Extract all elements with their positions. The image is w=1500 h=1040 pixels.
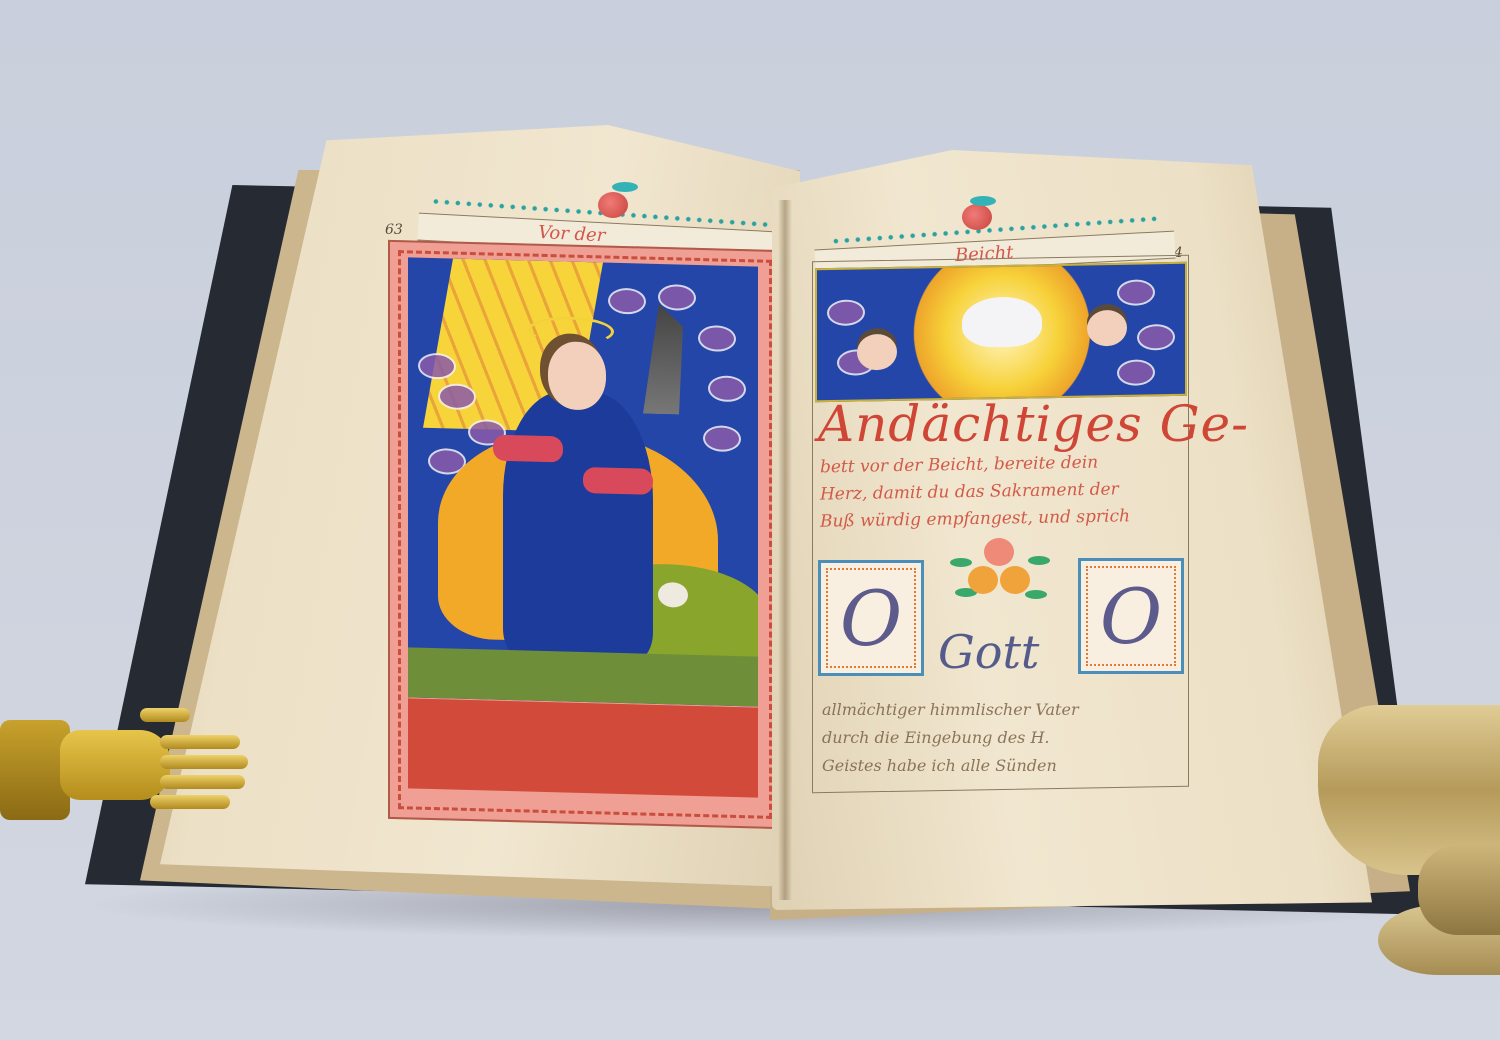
initial-box-right: O	[1078, 558, 1184, 674]
left-rose-leaf	[612, 182, 638, 192]
clamp-finger	[150, 795, 230, 809]
brass-ribbed-clamp	[1318, 705, 1500, 995]
leaf	[1028, 556, 1050, 565]
leaf	[1025, 590, 1047, 599]
holy-spirit-miniature	[815, 262, 1187, 402]
cloud	[658, 284, 696, 311]
left-rose-ornament	[598, 192, 628, 218]
initial-letter-left: O	[821, 563, 921, 673]
clamp-finger	[160, 735, 240, 749]
cloud	[1117, 359, 1155, 386]
script-line-3: Geistes habe ich alle Sünden	[822, 756, 1057, 775]
gott-word: Gott	[938, 625, 1039, 679]
cloud	[703, 425, 741, 452]
blue-robe	[503, 390, 653, 659]
fruit-bouquet	[950, 538, 1050, 618]
rock	[643, 304, 683, 415]
fruit	[968, 566, 998, 594]
right-rose-leaf	[970, 196, 996, 206]
right-rose-ornament	[962, 204, 992, 230]
leaf	[950, 558, 972, 567]
left-folio-number: 63	[385, 222, 403, 238]
brass-hand-clamp	[0, 700, 250, 820]
red-base-band	[408, 698, 758, 797]
clamp-tip	[1418, 845, 1500, 935]
book-gutter	[778, 200, 792, 900]
cloud	[608, 288, 646, 315]
initial-letter-right: O	[1081, 561, 1181, 671]
fruit	[1000, 566, 1030, 594]
photo-scene: 63 Vor der 64 Beicht	[0, 0, 1500, 1040]
initial-box-left: O	[818, 560, 924, 676]
left-header-text: Vor der	[538, 222, 606, 246]
clamp-palm	[60, 730, 170, 800]
cloud	[698, 325, 736, 352]
prayer-title: Andächtiges Ge-	[818, 395, 1249, 453]
clamp-finger	[160, 775, 245, 789]
fruit	[984, 538, 1014, 566]
cloud	[1117, 279, 1155, 306]
clamp-finger	[140, 708, 190, 722]
saint-peter-miniature	[408, 257, 758, 706]
cloud	[438, 383, 476, 410]
skull	[658, 582, 688, 608]
clamp-finger	[160, 755, 248, 769]
cherub-right	[1087, 310, 1127, 347]
saint-head	[548, 341, 606, 411]
cloud	[418, 353, 456, 380]
script-line-1: allmächtiger himmlischer Vater	[822, 700, 1079, 719]
cherub-left	[857, 334, 897, 371]
red-sleeve	[583, 467, 653, 495]
cloud	[827, 299, 865, 326]
script-line-2: durch die Eingebung des H.	[822, 728, 1050, 747]
cloud	[1137, 324, 1175, 351]
red-sleeve	[493, 435, 563, 463]
cloud	[708, 375, 746, 402]
dove	[962, 296, 1042, 347]
ground	[408, 647, 758, 706]
